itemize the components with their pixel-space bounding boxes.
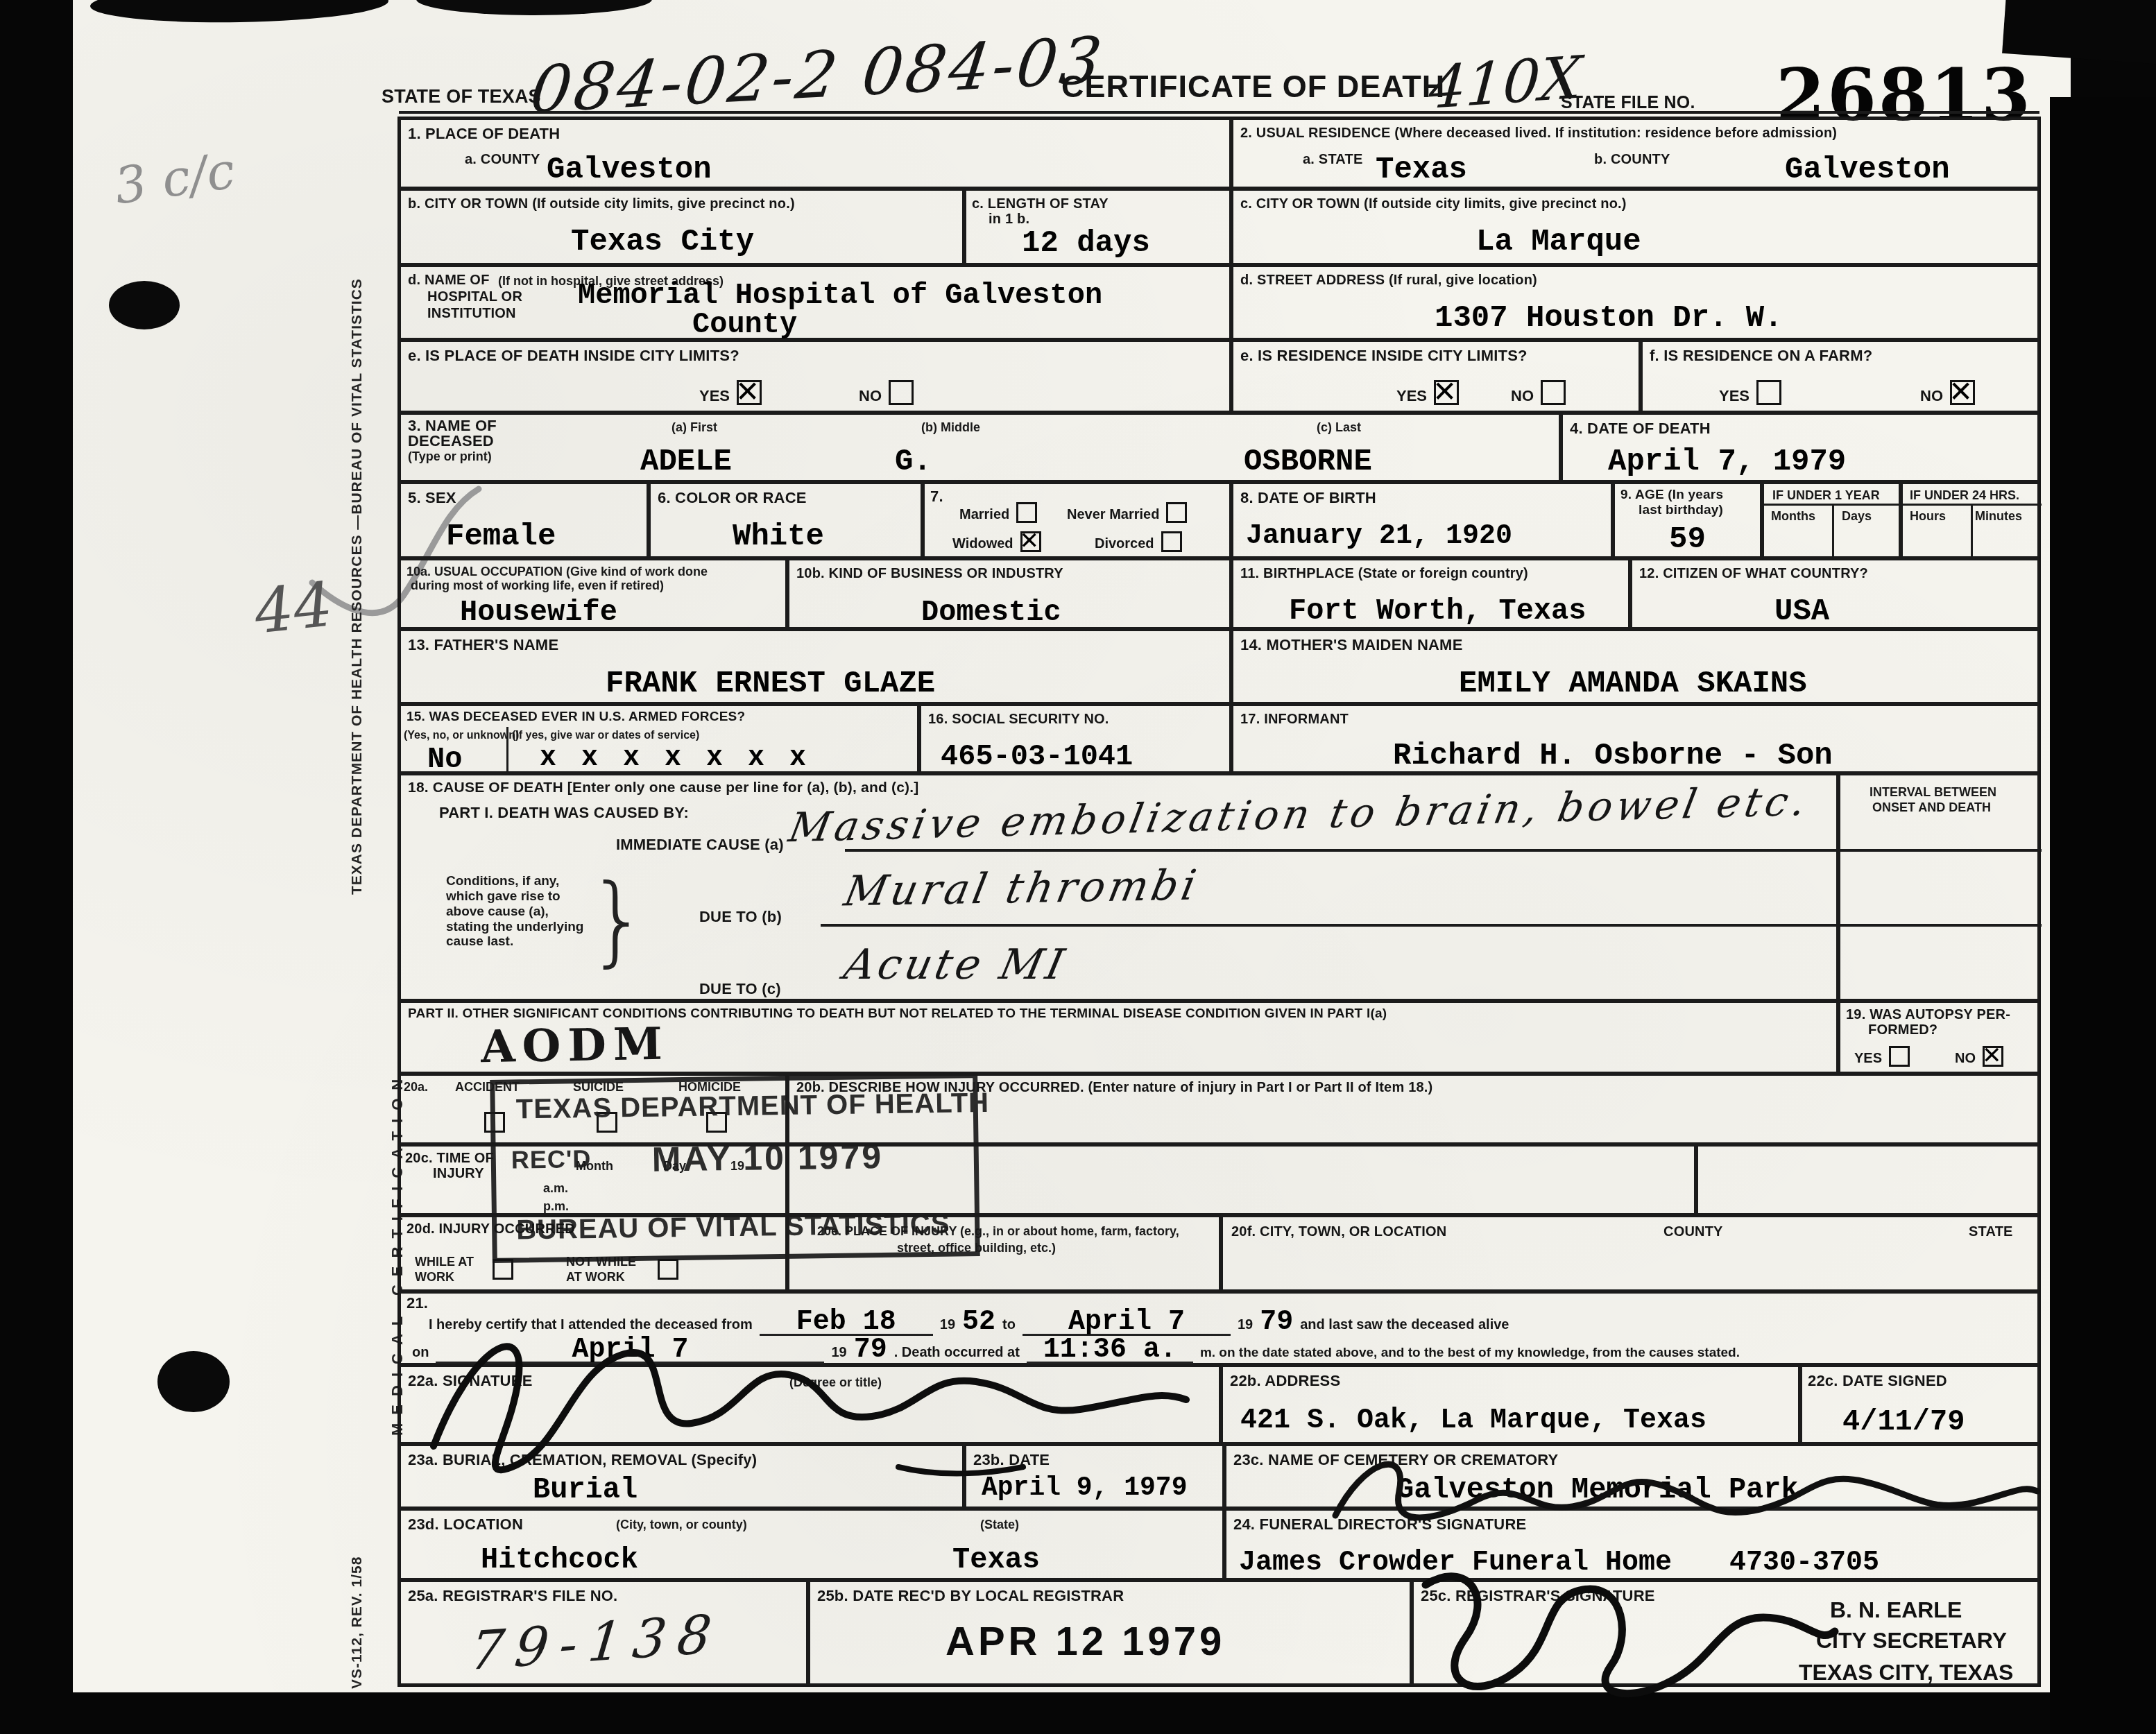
field-label: 4. DATE OF DEATH	[1570, 420, 1711, 437]
county-header: COUNTY	[1663, 1224, 1723, 1239]
due-to-c-label: DUE TO (c)	[699, 981, 781, 997]
certify-text-2: and last saw the deceased alive	[1300, 1317, 1509, 1333]
yes-label: YES	[1854, 1051, 1882, 1066]
field-birthplace: 11. BIRTHPLACE (State or foreign country…	[1231, 558, 1630, 629]
divorced-checkbox: Divorced	[1095, 531, 1182, 552]
date-received-stamp: APR 12 1979	[946, 1618, 1225, 1665]
field-label: 9. AGE (In years	[1620, 488, 1723, 503]
informant-value: Richard H. Osborne - Son	[1393, 741, 1833, 771]
empty-cell	[1696, 1144, 2039, 1215]
field-injury-occurred: 20d. INJURY OCCURRED WHILE AT WORK NOT W…	[399, 1215, 787, 1291]
field-usual-residence: 2. USUAL RESIDENCE (Where deceased lived…	[1231, 118, 2039, 189]
header-rule	[399, 111, 2039, 114]
field-label-2: INJURY	[433, 1166, 484, 1181]
field-label: d. NAME OF	[408, 273, 490, 288]
yes-checkbox: YES	[1719, 380, 1781, 405]
field-label-3: (Type or print)	[408, 449, 492, 464]
yes-checkbox: YES	[1854, 1046, 1910, 1067]
field-label-3: INSTITUTION	[427, 306, 516, 321]
field-label: 20f. CITY, TOWN, OR LOCATION	[1231, 1224, 1446, 1239]
field-fathers-name: 13. FATHER'S NAME FRANK ERNEST GLAZE	[399, 629, 1231, 704]
field-place-of-injury: 20e. PLACE OF INJURY (e.g., in or about …	[787, 1215, 1221, 1291]
field-residence-city: c. CITY OR TOWN (If outside city limits,…	[1231, 189, 2039, 265]
first-name-value: ADELE	[640, 447, 732, 477]
birthplace-value: Fort Worth, Texas	[1289, 596, 1586, 626]
field-label: 10b. KIND OF BUSINESS OR INDUSTRY	[796, 566, 1063, 581]
divider	[1971, 504, 1973, 560]
street-address-value: 1307 Houston Dr. W.	[1435, 303, 1783, 334]
cause-b-handwriting: Mural thrombi	[840, 861, 1203, 916]
field-sublabel-2: (If yes, give war or dates of service)	[512, 730, 699, 742]
hours-label: Hours	[1910, 509, 1946, 524]
field-label-2: FORMED?	[1868, 1022, 1937, 1038]
field-social-security-no: 16. SOCIAL SECURITY NO. 465-03-1041	[919, 704, 1231, 773]
widowed-label: Widowed	[952, 536, 1013, 551]
ssn-value: 465-03-1041	[941, 742, 1133, 771]
not-while-at-work-checkbox	[658, 1259, 678, 1280]
field-sex: 5. SEX Female	[399, 482, 649, 558]
field-label: 20d. INJURY OCCURRED	[407, 1221, 575, 1237]
field-label-2: during most of working life, even if ret…	[411, 578, 664, 593]
registrar-signature	[1401, 1554, 1845, 1717]
date-of-death-value: April 7, 1979	[1608, 447, 1846, 477]
pencil-number: 44	[251, 568, 336, 647]
checkbox	[889, 380, 914, 405]
field-usual-occupation: 10a. USUAL OCCUPATION (Give kind of work…	[399, 558, 787, 629]
hole-punch-dot	[109, 281, 180, 329]
field-kind-of-business: 10b. KIND OF BUSINESS OR INDUSTRY Domest…	[787, 558, 1231, 629]
field-burial-location: 23d. LOCATION (City, town, or county) (S…	[399, 1509, 1224, 1580]
field-label: 6. COLOR OR RACE	[658, 490, 807, 506]
field-death-city: b. CITY OR TOWN (If outside city limits,…	[399, 189, 964, 265]
yes-label: YES	[699, 387, 730, 404]
stamp-date: MAY 10 1979	[651, 1136, 883, 1180]
field-injury-city-county-state: 20f. CITY, TOWN, OR LOCATION COUNTY STAT…	[1221, 1215, 2039, 1291]
field-date-of-death: 4. DATE OF DEATH April 7, 1979	[1561, 413, 2039, 482]
field-label: 12. CITIZEN OF WHAT COUNTRY?	[1639, 566, 1868, 581]
no-checkbox: NO	[1955, 1046, 2003, 1067]
never-married-label: Never Married	[1067, 507, 1159, 522]
while-at-work-checkbox	[493, 1259, 513, 1280]
never-married-checkbox: Never Married	[1067, 502, 1187, 523]
while-at-work-label: WHILE AT	[415, 1255, 474, 1269]
certify-text-4: m. on the date stated above, and to the …	[1200, 1346, 1740, 1361]
field-label-2: last birthday)	[1639, 504, 1723, 518]
last-name-value: OSBORNE	[1244, 447, 1372, 477]
interval-label-2: ONSET AND DEATH	[1872, 800, 1991, 815]
scan-artifact	[2002, 0, 2156, 65]
sex-value: Female	[446, 522, 556, 552]
immediate-cause-label: IMMEDIATE CAUSE (a)	[616, 836, 784, 853]
registrar-name: B. N. EARLE	[1830, 1597, 1962, 1623]
field-residence-on-farm: f. IS RESIDENCE ON A FARM? YES NO	[1641, 340, 2039, 413]
field-label: 20c. TIME OF	[405, 1151, 494, 1166]
certificate-title: CERTIFICATE OF DEATH	[1061, 69, 1445, 104]
occupation-value: Housewife	[460, 598, 617, 627]
yes-label: YES	[1719, 387, 1749, 404]
physician-address-value: 421 S. Oak, La Marque, Texas	[1240, 1407, 1706, 1435]
divorced-label: Divorced	[1095, 536, 1154, 551]
field-armed-forces: 15. WAS DECEASED EVER IN U.S. ARMED FORC…	[399, 704, 919, 773]
field-name-of-deceased: 3. NAME OF DECEASED (Type or print) (a) …	[399, 413, 1561, 482]
last-name-label: (c) Last	[1317, 420, 1361, 435]
not-while-at-work-label-2: AT WORK	[566, 1270, 625, 1285]
brace: }	[587, 864, 649, 977]
field-color-or-race: 6. COLOR OR RACE White	[649, 482, 923, 558]
first-name-label: (a) First	[671, 420, 717, 435]
residence-state-value: Texas	[1376, 155, 1467, 185]
death-city-value: Texas City	[571, 227, 754, 257]
field-label: 25b. DATE REC'D BY LOCAL REGISTRAR	[817, 1588, 1124, 1604]
field-label: e. IS PLACE OF DEATH INSIDE CITY LIMITS?	[408, 347, 739, 364]
citizenship-value: USA	[1774, 596, 1829, 627]
divider	[1832, 504, 1834, 560]
field-informant: 17. INFORMANT Richard H. Osborne - Son	[1231, 704, 2039, 773]
field-label: 1. PLACE OF DEATH	[408, 126, 560, 142]
interval-label-1: INTERVAL BETWEEN	[1870, 785, 1996, 800]
field-part2-conditions: PART II. OTHER SIGNIFICANT CONDITIONS CO…	[399, 1001, 1838, 1074]
field-registrar-file-no: 25a. REGISTRAR'S FILE NO. 79-138	[399, 1580, 808, 1685]
field-label: f. IS RESIDENCE ON A FARM?	[1650, 347, 1872, 364]
field-label: 11. BIRTHPLACE (State or foreign country…	[1240, 566, 1528, 581]
hospital-value-line1: Memorial Hospital of Galveston	[578, 281, 1102, 310]
date-of-birth-value: January 21, 1920	[1246, 523, 1512, 551]
field-label: IF UNDER 24 HRS.	[1910, 488, 2019, 503]
stamp-recd: REC'D	[511, 1144, 592, 1175]
yes-label: YES	[1396, 387, 1427, 404]
married-label: Married	[959, 507, 1009, 522]
cause-a-line	[845, 849, 1837, 852]
no-label: NO	[1511, 387, 1534, 404]
months-label: Months	[1771, 509, 1815, 524]
field-cause-of-death: 18. CAUSE OF DEATH [Enter only one cause…	[399, 773, 1838, 1001]
age-value: 59	[1669, 524, 1706, 555]
physician-signature	[413, 1304, 1217, 1484]
field-interval-onset-death: INTERVAL BETWEEN ONSET AND DEATH	[1838, 773, 2039, 1001]
field-death-inside-city-limits: e. IS PLACE OF DEATH INSIDE CITY LIMITS?…	[399, 340, 1231, 413]
field-label: e. IS RESIDENCE INSIDE CITY LIMITS?	[1240, 347, 1528, 364]
field-label: c. CITY OR TOWN (If outside city limits,…	[1240, 196, 1627, 212]
field-date-signed: 22c. DATE SIGNED 4/11/79	[1800, 1365, 2039, 1444]
checkbox	[1434, 380, 1459, 405]
no-checkbox: NO	[1920, 380, 1975, 405]
no-checkbox: NO	[859, 380, 914, 405]
stamp-agency: TEXAS DEPARTMENT OF HEALTH	[515, 1088, 989, 1126]
checkbox	[1950, 380, 1975, 405]
state-label: a. STATE	[1303, 152, 1362, 167]
checkbox	[1889, 1046, 1910, 1067]
widowed-checkbox: Widowed	[952, 531, 1041, 552]
field-label: 16. SOCIAL SECURITY NO.	[928, 712, 1109, 727]
checkbox	[1166, 502, 1187, 523]
date-signed-value: 4/11/79	[1842, 1407, 1965, 1436]
state-sublabel: (State)	[980, 1518, 1019, 1532]
fathers-name-value: FRANK ERNEST GLAZE	[606, 669, 935, 699]
checkbox	[1756, 380, 1781, 405]
field-hospital: d. NAME OF (If not in hospital, give str…	[399, 265, 1231, 340]
registrar-file-no-value: 79-138	[468, 1602, 726, 1682]
county-label: b. COUNTY	[1594, 152, 1670, 167]
field-sublabel: (Yes, no, or unknown)	[404, 730, 519, 742]
field-place-of-death: 1. PLACE OF DEATH a. COUNTY Galveston	[399, 118, 1231, 189]
field-label: 10a. USUAL OCCUPATION (Give kind of work…	[407, 565, 708, 579]
divider	[1840, 924, 2042, 927]
while-at-work-label-2: WORK	[415, 1270, 454, 1285]
middle-name-value: G.	[895, 447, 932, 477]
field-label: b. CITY OR TOWN (If outside city limits,…	[408, 196, 795, 212]
hospital-value-line2: County	[692, 310, 797, 339]
cause-a-handwriting: Massive embolization to brain, bowel etc…	[785, 778, 1813, 852]
business-value: Domestic	[921, 598, 1061, 627]
field-citizen-of: 12. CITIZEN OF WHAT COUNTRY? USA	[1630, 558, 2039, 629]
burial-state-value: Texas	[952, 1545, 1040, 1574]
year-prefix: 19	[1238, 1317, 1253, 1333]
attended-to-year: 79	[1260, 1312, 1293, 1334]
field-label: d. STREET ADDRESS (If rural, give locati…	[1240, 273, 1537, 288]
field-if-under-1-year: IF UNDER 1 YEAR Months Days	[1762, 482, 1901, 558]
field-marital-status: 7. Married Never Married Widowed Divorce…	[923, 482, 1231, 558]
field-label-2: DECEASED	[408, 433, 494, 449]
checkbox	[1541, 380, 1566, 405]
field-residence-inside-city-limits: e. IS RESIDENCE INSIDE CITY LIMITS? YES …	[1231, 340, 1641, 413]
state-header: STATE	[1969, 1224, 2013, 1239]
field-label-2: HOSPITAL OR	[427, 289, 522, 304]
cause-b-line	[821, 924, 1837, 927]
field-label: 15. WAS DECEASED EVER IN U.S. ARMED FORC…	[407, 710, 745, 725]
burial-city-value: Hitchcock	[481, 1545, 638, 1574]
sidebar-agency-text: TEXAS DEPARTMENT OF HEALTH RESOURCES —BU…	[349, 305, 366, 895]
field-label: 19. WAS AUTOPSY PER-	[1846, 1007, 2010, 1022]
field-label: 23d. LOCATION	[408, 1516, 523, 1533]
checkbox	[737, 380, 762, 405]
field-label-2: street, office building, etc.)	[897, 1241, 1056, 1255]
field-label: IF UNDER 1 YEAR	[1772, 488, 1880, 503]
sidebar-form-code: VS-112, REV. 1/58	[349, 1512, 366, 1689]
field-age: 9. AGE (In years last birthday) 59	[1613, 482, 1762, 558]
field-label: 5. SEX	[408, 490, 456, 506]
field-street-address: d. STREET ADDRESS (If rural, give locati…	[1231, 265, 2039, 340]
part2-handwriting: AODM	[480, 1018, 669, 1074]
race-value: White	[733, 522, 824, 552]
checkbox	[1983, 1046, 2003, 1067]
yes-checkbox: YES	[1396, 380, 1459, 405]
field-date-of-birth: 8. DATE OF BIRTH January 21, 1920	[1231, 482, 1613, 558]
not-while-at-work-label: NOT WHILE	[566, 1255, 636, 1269]
field-label: 20a.	[404, 1080, 428, 1095]
field-length-of-stay: c. LENGTH OF STAY in 1 b. 12 days	[964, 189, 1231, 265]
field-label: 8. DATE OF BIRTH	[1240, 490, 1376, 506]
no-checkbox: NO	[1511, 380, 1566, 405]
county-label: a. COUNTY	[465, 152, 540, 167]
certificate-paper: 3 c/c 44 TEXAS DEPARTMENT OF HEALTH RESO…	[73, 0, 2071, 1692]
state-of-texas-label: STATE OF TEXAS	[382, 87, 541, 108]
field-date-received: 25b. DATE REC'D BY LOCAL REGISTRAR APR 1…	[808, 1580, 1412, 1685]
checkbox	[1161, 531, 1182, 552]
field-label: 25a. REGISTRAR'S FILE NO.	[408, 1588, 617, 1604]
state-file-no-label: STATE FILE NO.	[1561, 94, 1695, 113]
field-label: 14. MOTHER'S MAIDEN NAME	[1240, 637, 1463, 653]
field-sublabel: in 1 b.	[989, 212, 1029, 227]
funeral-director-signature	[1321, 1443, 2050, 1540]
no-label: NO	[859, 387, 882, 404]
death-county-value: Galveston	[547, 155, 712, 185]
due-to-b-label: DUE TO (b)	[699, 909, 782, 925]
yes-checkbox: YES	[699, 380, 762, 405]
field-label: 22c. DATE SIGNED	[1808, 1373, 1947, 1389]
cause-c-handwriting: Acute MI	[840, 941, 1072, 989]
field-autopsy: 19. WAS AUTOPSY PER- FORMED? YES NO	[1838, 1001, 2039, 1074]
pencil-note: 3 c/c	[111, 141, 239, 215]
field-mothers-maiden-name: 14. MOTHER'S MAIDEN NAME EMILY AMANDA SK…	[1231, 629, 2039, 704]
hole-punch-dot	[157, 1351, 230, 1412]
days-label: Days	[1842, 509, 1872, 524]
married-checkbox: Married	[959, 502, 1037, 523]
field-label: c. LENGTH OF STAY	[972, 196, 1109, 212]
field-label: 13. FATHER'S NAME	[408, 637, 558, 653]
checkbox	[1020, 531, 1041, 552]
residence-county-value: Galveston	[1785, 155, 1950, 185]
scan-artifact	[2050, 97, 2156, 1734]
divider	[1840, 849, 2042, 852]
field-label: 2. USUAL RESIDENCE (Where deceased lived…	[1240, 126, 1837, 141]
no-label: NO	[1920, 387, 1943, 404]
no-label: NO	[1955, 1051, 1976, 1066]
middle-name-label: (b) Middle	[921, 420, 980, 435]
armed-forces-value: No	[427, 745, 462, 774]
length-of-stay-value: 12 days	[1022, 228, 1150, 259]
field-physician-address: 22b. ADDRESS 421 S. Oak, La Marque, Texa…	[1221, 1365, 1800, 1444]
residence-city-value: La Marque	[1476, 227, 1641, 257]
field-label: 20e. PLACE OF INJURY (e.g., in or about …	[817, 1224, 1179, 1239]
field-label: 22b. ADDRESS	[1230, 1373, 1340, 1389]
field-label: 17. INFORMANT	[1240, 712, 1349, 727]
minutes-label: Minutes	[1975, 509, 2022, 524]
field-if-under-24-hrs: IF UNDER 24 HRS. Hours Minutes	[1901, 482, 2039, 558]
service-value: x x x x x x x	[540, 745, 810, 773]
mothers-name-value: EMILY AMANDA SKAINS	[1459, 669, 1807, 699]
checkbox	[1016, 502, 1037, 523]
field-label: 7.	[930, 488, 943, 505]
conditions-note: Conditions, if any, which gave rise to a…	[446, 874, 595, 950]
city-town-county-sublabel: (City, town, or county)	[616, 1518, 747, 1532]
scanned-death-certificate: 3 c/c 44 TEXAS DEPARTMENT OF HEALTH RESO…	[0, 0, 2156, 1734]
field-label: 18. CAUSE OF DEATH [Enter only one cause…	[408, 780, 918, 796]
part1-label: PART I. DEATH WAS CAUSED BY:	[439, 805, 689, 821]
